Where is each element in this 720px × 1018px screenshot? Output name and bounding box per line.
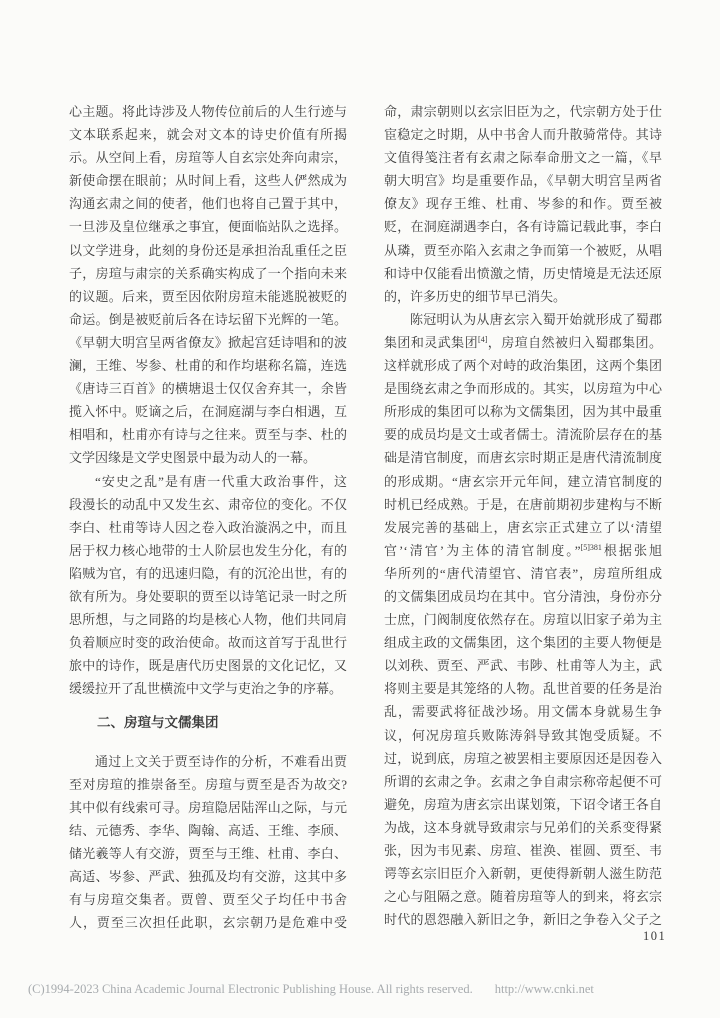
text-line: 华所列的“唐代清望官、清官表”，房瑄所组成 — [384, 562, 662, 585]
text-line: 子，房瑄与肃宗的关系确实构成了一个指向未来 — [69, 262, 347, 285]
text-line: 宦稳定之时期，从中书舍人而升散骑常侍。其诗 — [384, 123, 662, 146]
text-line: 通过上文关于贾至诗作的分析，不难看出贾 — [69, 750, 347, 773]
text-line: 陈冠明认为从唐玄宗入蜀开始就形成了蜀郡 — [384, 308, 662, 331]
text-line: 的形成期。“唐玄宗开元年间，建立清官制度的 — [384, 470, 662, 493]
text-line: 士庶，门阀制度依然存在。房瑄以旧家子弟为主 — [384, 608, 662, 631]
text-line: 从璘，贾至亦陷入玄肃之争而第一个被贬，从唱 — [384, 239, 662, 262]
text-line: 高适、岑参、严武、独孤及均有交游，这其中多 — [69, 865, 347, 888]
text-line: 命，肃宗朝则以玄宗旧臣为之，代宗朝方处于仕 — [384, 100, 662, 123]
text-line: 乱，需要武将征战沙场。用文儒本身就易生争 — [384, 700, 662, 723]
text-line: 文学因缘是文学史图景中最为动人的一幕。 — [69, 446, 347, 469]
text-line: 至对房瑄的推崇备至。房瑄与贾至是否为故交? — [69, 773, 347, 796]
text-line: 所谓的玄肃之争。玄肃之争自肃宗称帝起便不可 — [384, 770, 662, 793]
footnote-ref: [5]381 — [581, 543, 602, 552]
text-line: 所形成的集团可以称为文儒集团，因为其中最重 — [384, 400, 662, 423]
text-line: 集团和灵武集团[4]，房瑄自然被归入蜀郡集团。 — [384, 331, 662, 354]
text-line: 澜，王维、岑参、杜甫的和作均堪称名篇，连选 — [69, 354, 347, 377]
text-line: 以文学进身，此刻的身份还是承担治乱重任之臣 — [69, 239, 347, 262]
text-line: 命运。倒是被贬前后各在诗坛留下光辉的一笔。 — [69, 308, 347, 331]
text-line: 缓缓拉开了乱世横流中文学与吏治之争的序幕。 — [69, 677, 347, 700]
text-line: 欲有所为。身处要职的贾至以诗笔记录一时之所 — [69, 585, 347, 608]
text-line: 心主题。将此诗涉及人物传位前后的人生行迹与 — [69, 100, 347, 123]
text-line: 僚友》现存王维、杜甫、岑参的和作。贾至被 — [384, 192, 662, 215]
text-line: 将则主要是其笼络的人物。乱世首要的任务是治 — [384, 677, 662, 700]
text-line: 组成主政的文儒集团，这个集团的主要人物便是 — [384, 631, 662, 654]
text-line: 揽入怀中。贬谪之后，在洞庭湖与李白相遇，互 — [69, 400, 347, 423]
text-segment: 官’‘清官’为主体的清官制度。” — [384, 543, 581, 558]
text-segment: ，房瑄自然被归入蜀郡集团。 — [487, 335, 662, 350]
text-line: 文本联系起来，就会对文本的诗史价值有所揭 — [69, 123, 347, 146]
page-number: 101 — [643, 929, 666, 944]
text-line: 新使命摆在眼前；从时间上看，这些人俨然成为 — [69, 169, 347, 192]
text-line: 础是清官制度，而唐玄宗时期正是唐代清流制度 — [384, 446, 662, 469]
text-line: 负着顺应时变的政治使命。故而这首写于乱世行 — [69, 631, 347, 654]
text-line: 人，贾至三次担任此职，玄宗朝乃是危难中受 — [69, 911, 347, 934]
text-line: 和诗中仅能看出愤激之情，历史情境是无法还原 — [384, 262, 662, 285]
text-line: 这样就形成了两个对峙的政治集团，这两个集团 — [384, 354, 662, 377]
text-line: 思所想，与之同路的均是核心人物，他们共同肩 — [69, 608, 347, 631]
text-line: 的文儒集团成员均在其中。官分清浊，身份亦分 — [384, 585, 662, 608]
text-line: 要的成员均是文士或者儒士。清流阶层存在的基 — [384, 423, 662, 446]
text-segment: 根据张旭 — [602, 543, 662, 558]
text-line: 谔等玄宗旧臣介入新朝，更使得新朝人滋生防范 — [384, 862, 662, 885]
text-line: 旅中的诗作，既是唐代历史图景的文化记忆，又 — [69, 654, 347, 677]
text-line: 有与房瑄交集者。贾曾、贾至父子均任中书舍 — [69, 888, 347, 911]
text-line: 的议题。后来，贾至因依附房瑄未能逃脱被贬的 — [69, 285, 347, 308]
text-line: 李白、杜甫等诗人因之卷入政治漩涡之中，而且 — [69, 516, 347, 539]
text-line: 居于权力核心地带的士人阶层也发生分化，有的 — [69, 539, 347, 562]
text-line: 发展完善的基础上，唐玄宗正式建立了以‘清望 — [384, 516, 662, 539]
text-line: 其中似有线索可寻。房瑄隐居陆浑山之际，与元 — [69, 796, 347, 819]
text-line: 储光羲等人有交游，贾至与王维、杜甫、李白、 — [69, 842, 347, 865]
section-heading: 二、房瑄与文儒集团 — [69, 711, 347, 734]
text-line: 是围绕玄肃之争而形成的。其实，以房瑄为中心 — [384, 377, 662, 400]
footnote-ref: [4] — [478, 335, 487, 344]
text-line: 张，因为韦见素、房瑄、崔涣、崔圆、贾至、韦 — [384, 839, 662, 862]
footer-copyright: (C)1994-2023 China Academic Journal Elec… — [28, 982, 473, 996]
text-line: 为战，这本身就导致肃宗与兄弟们的关系变得紧 — [384, 816, 662, 839]
text-line: 段漫长的动乱中又发生玄、肃帝位的变化。不仅 — [69, 493, 347, 516]
text-line: 官’‘清官’为主体的清官制度。”[5]381根据张旭 — [384, 539, 662, 562]
article-left-column: 心主题。将此诗涉及人物传位前后的人生行迹与文本联系起来，就会对文本的诗史价值有所… — [69, 100, 347, 934]
text-line: 陷贼为官，有的迅速归隐，有的沉沦出世，有的 — [69, 562, 347, 585]
text-line: 相唱和，杜甫亦有诗与之往来。贾至与李、杜的 — [69, 423, 347, 446]
text-line: 议，何况房瑄兵败陈涛斜导致其饱受质疑。不 — [384, 724, 662, 747]
text-line: 结、元德秀、李华、陶翰、高适、王维、李颀、 — [69, 819, 347, 842]
footer: (C)1994-2023 China Academic Journal Elec… — [28, 982, 594, 997]
text-line: 时代的恩怨融入新旧之争，新旧之争卷入父子之 — [384, 908, 662, 931]
text-line: “安史之乱”是有唐一代重大政治事件，这 — [69, 470, 347, 493]
text-line: 贬，在洞庭湖遇李白，各有诗篇记载此事，李白 — [384, 215, 662, 238]
text-line: 时机已经成熟。于是，在唐前期初步建构与不断 — [384, 493, 662, 516]
text-line: 示。从空间上看，房瑄等人自玄宗处奔向肃宗， — [69, 146, 347, 169]
text-line: 文值得笺注者有玄肃之际奉命册文之一篇，《早 — [384, 146, 662, 169]
page: 心主题。将此诗涉及人物传位前后的人生行迹与文本联系起来，就会对文本的诗史价值有所… — [0, 0, 720, 1018]
text-segment: 集团和灵武集团 — [384, 335, 478, 350]
text-line: 朝大明宫》均是重要作品，《早朝大明宫呈两省 — [384, 169, 662, 192]
text-line: 以刘秩、贾至、严武、韦陟、杜甫等人为主，武 — [384, 654, 662, 677]
text-line: 的，许多历史的细节早已消失。 — [384, 285, 662, 308]
footer-url: http://www.cnki.net — [495, 982, 594, 996]
text-line: 沟通玄肃之间的使者，他们也将自己置于其中， — [69, 192, 347, 215]
text-line: 《早朝大明宫呈两省僚友》掀起宫廷诗唱和的波 — [69, 331, 347, 354]
text-line: 过，说到底，房瑄之被罢相主要原因还是因卷入 — [384, 747, 662, 770]
text-line: 《唐诗三百首》的横塘退士仅仅舍弃其一，余皆 — [69, 377, 347, 400]
text-line: 避免，房瑄为唐玄宗出谋划策，下诏令诸王各自 — [384, 793, 662, 816]
article-right-column: 命，肃宗朝则以玄宗旧臣为之，代宗朝方处于仕宦稳定之时期，从中书舍人而升散骑常侍。… — [384, 100, 662, 931]
text-line: 一旦涉及皇位继承之事宜，便面临站队之选择。 — [69, 215, 347, 238]
text-line: 之心与阻隔之意。随着房瑄等人的到来，将玄宗 — [384, 885, 662, 908]
